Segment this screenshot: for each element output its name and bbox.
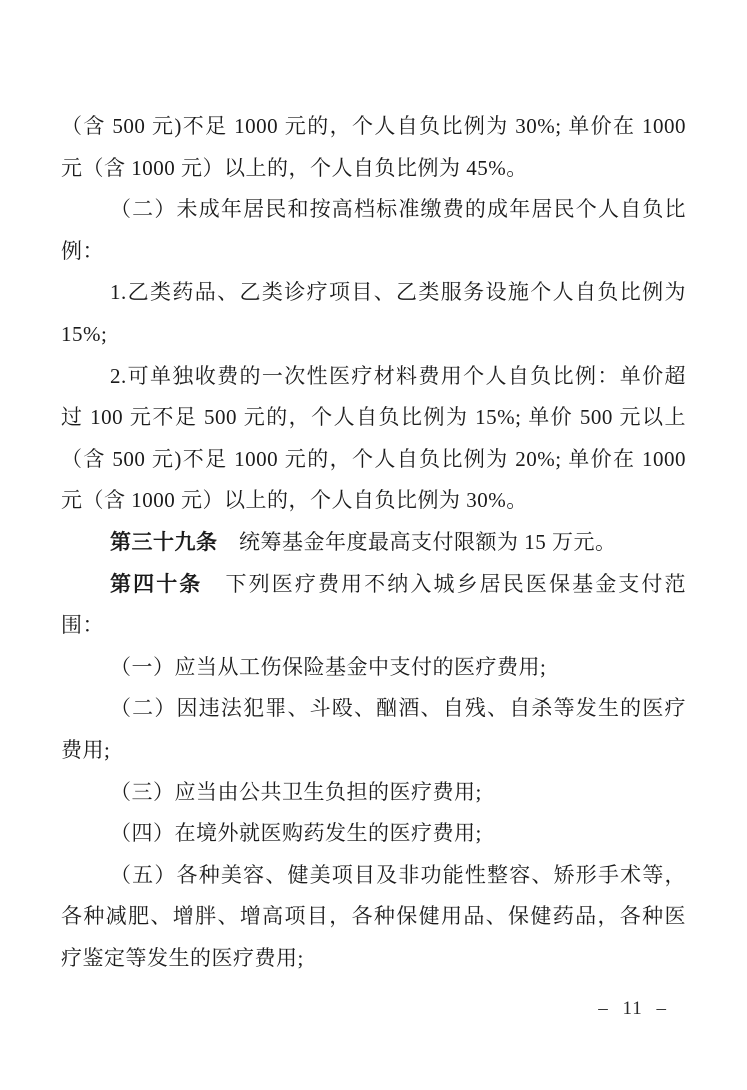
text-line: 费用; (61, 730, 686, 772)
article-heading: 第三十九条 (110, 531, 218, 554)
text-line: （二）因违法犯罪、斗殴、酗酒、自残、自杀等发生的医疗 (61, 688, 686, 730)
text-line: （一）应当从工伤保险基金中支付的医疗费用; (61, 647, 686, 689)
text-line: 2.可单独收费的一次性医疗材料费用个人自负比例：单价超 (61, 356, 686, 398)
text-line: 各种减肥、增胖、增高项目，各种保健用品、保健药品，各种医 (61, 896, 686, 938)
text-line: （含 500 元)不足 1000 元的，个人自负比例为 20%; 单价在 100… (61, 439, 686, 481)
page-number: – 11 – (598, 997, 667, 1021)
text-line: 疗鉴定等发生的医疗费用; (61, 938, 686, 980)
text-line: 元（含 1000 元）以上的，个人自负比例为 30%。 (61, 480, 686, 522)
text-line: 过 100 元不足 500 元的，个人自负比例为 15%; 单价 500 元以上 (61, 397, 686, 439)
document-page: （含 500 元)不足 1000 元的，个人自负比例为 30%; 单价在 100… (0, 0, 747, 1090)
article-heading: 第四十条 (110, 573, 202, 596)
text-line: （二）未成年居民和按高档标准缴费的成年居民个人自负比 (61, 189, 686, 231)
text-line: 第三十九条 统筹基金年度最高支付限额为 15 万元。 (61, 522, 686, 564)
text-line: （三）应当由公共卫生负担的医疗费用; (61, 772, 686, 814)
document-body: （含 500 元)不足 1000 元的，个人自负比例为 30%; 单价在 100… (61, 106, 686, 979)
text-line: 元（含 1000 元）以上的，个人自负比例为 45%。 (61, 148, 686, 190)
text-line: 15%; (61, 314, 686, 356)
text-line: （五）各种美容、健美项目及非功能性整容、矫形手术等， (61, 855, 686, 897)
text-line: 例： (61, 231, 686, 273)
text-line: （四）在境外就医购药发生的医疗费用; (61, 813, 686, 855)
text-line: （含 500 元)不足 1000 元的，个人自负比例为 30%; 单价在 100… (61, 106, 686, 148)
text-line: 围： (61, 605, 686, 647)
text-line: 第四十条 下列医疗费用不纳入城乡居民医保基金支付范 (61, 564, 686, 606)
text-line: 1.乙类药品、乙类诊疗项目、乙类服务设施个人自负比例为 (61, 272, 686, 314)
